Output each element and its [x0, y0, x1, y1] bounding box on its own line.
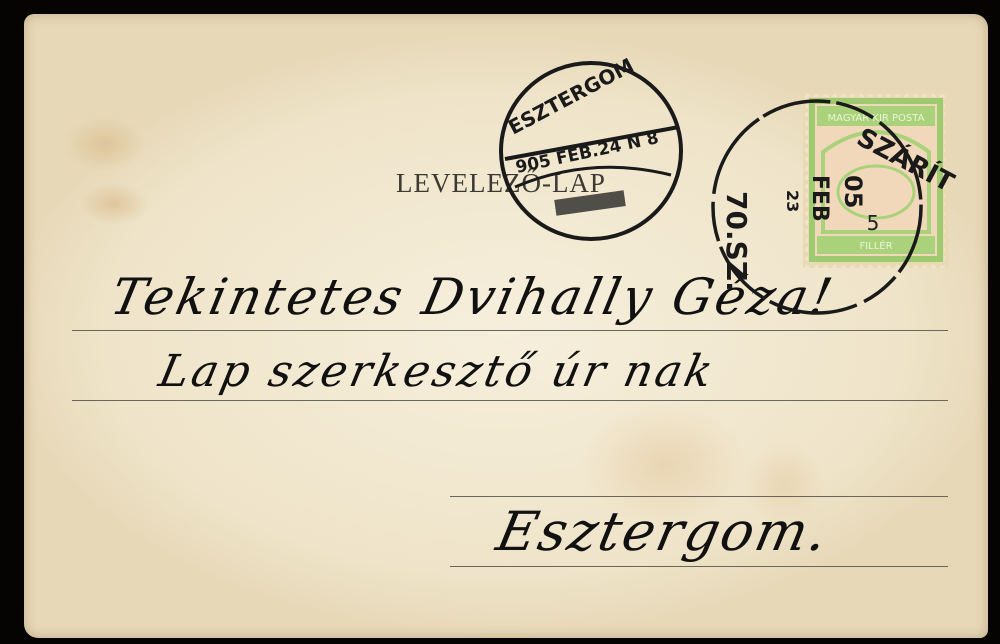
address-line-city: Esztergom.	[491, 500, 835, 563]
postmark-secondary-year: 05	[839, 175, 867, 208]
address-rule-3	[450, 496, 948, 497]
address-rule-4	[450, 566, 948, 567]
address-rule-1	[72, 330, 948, 331]
postmark-secondary-left: 70.SZ.	[720, 191, 753, 292]
postmark-secondary-month: FEB	[807, 175, 832, 222]
postmark-secondary-day: 23	[783, 190, 802, 212]
address-rule-2	[72, 400, 948, 401]
address-line-title: Lap szerkesztő úr nak	[155, 346, 720, 397]
